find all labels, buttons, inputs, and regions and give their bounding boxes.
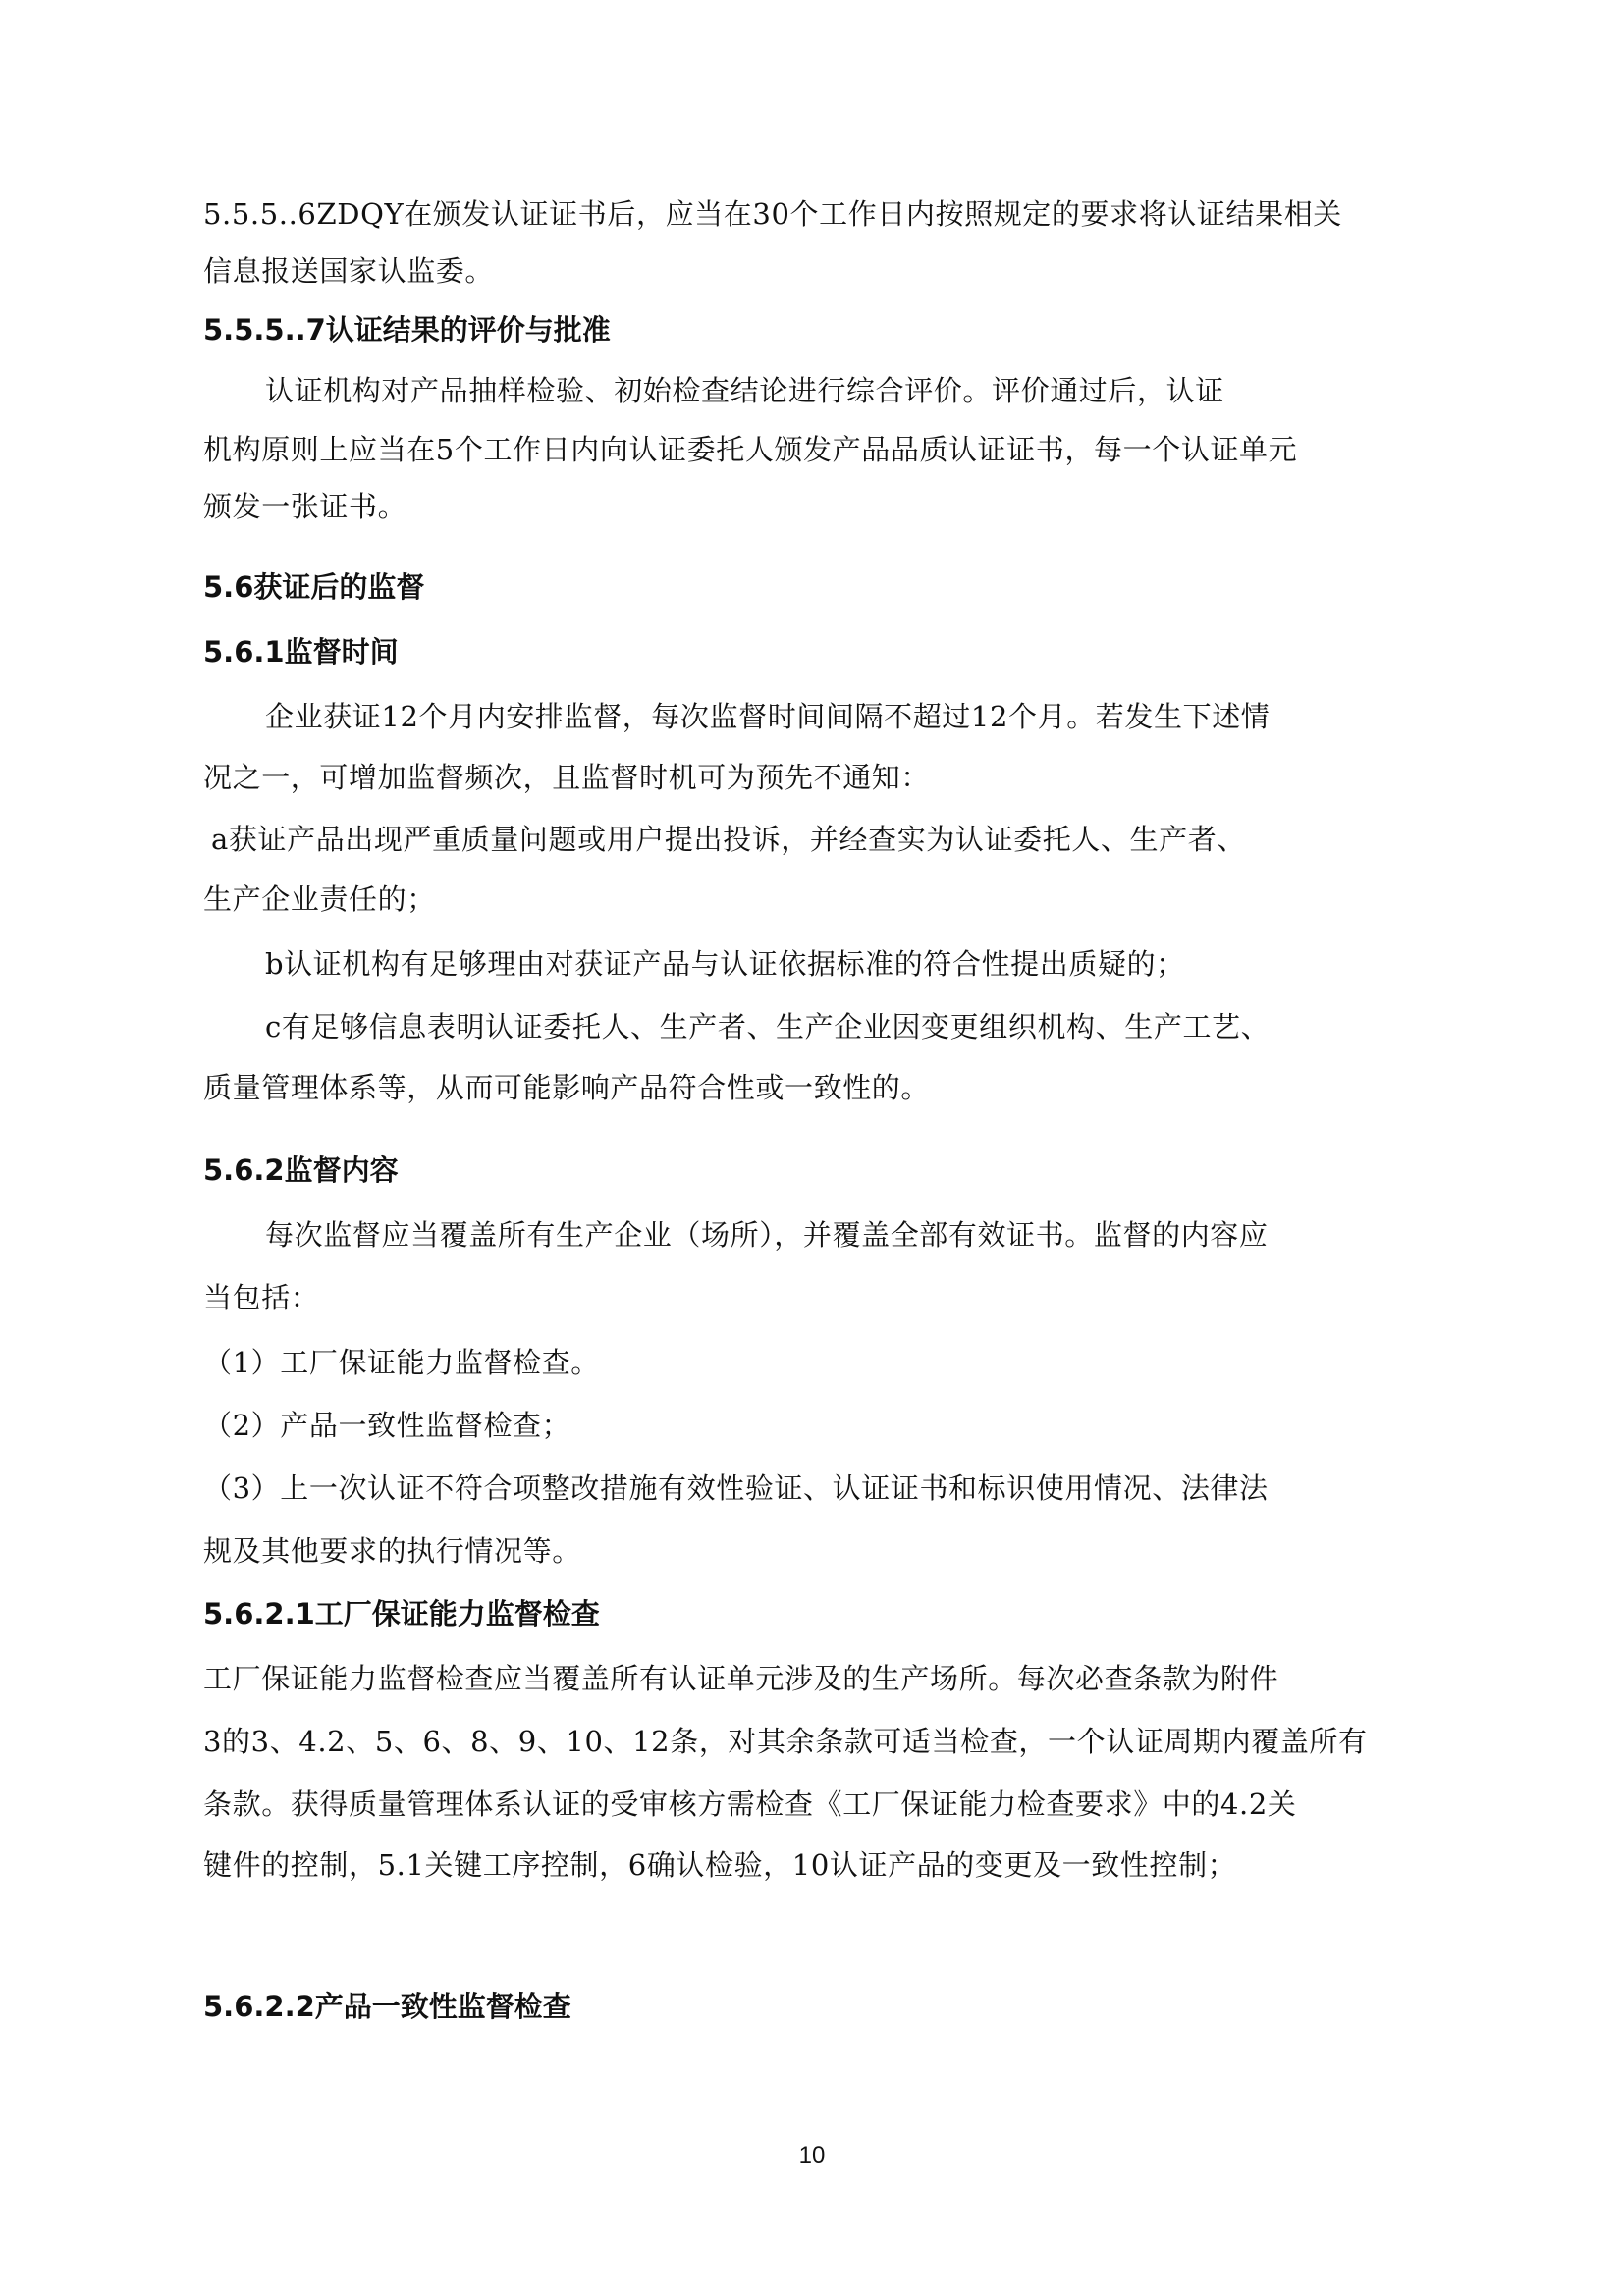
list-item-a: a获证产品出现严重质量问题或用户提出投诉，并经查实为认证委托人、生产者、 [211, 820, 1246, 859]
paragraph-line: 规及其他要求的执行情况等。 [203, 1531, 581, 1571]
section-heading-5-6-2-2: 5.6.2.2产品一致性监督检查 [203, 1987, 571, 2026]
list-item-2: （2）产品一致性监督检查； [203, 1406, 570, 1445]
document-page: 5.5.5..6ZDQY在颁发认证证书后，应当在30个工作日内按照规定的要求将认… [0, 0, 1624, 2296]
section-heading-5-6-2: 5.6.2监督内容 [203, 1150, 399, 1190]
page-number: 10 [0, 2140, 1624, 2171]
paragraph-line: 每次监督应当覆盖所有生产企业（场所），并覆盖全部有效证书。监督的内容应 [265, 1215, 1269, 1255]
list-item-c: c有足够信息表明认证委托人、生产者、生产企业因变更组织机构、生产工艺、 [265, 1007, 1270, 1046]
paragraph-line: 当包括： [203, 1278, 319, 1317]
paragraph-line: 5.5.5..6ZDQY在颁发认证证书后，应当在30个工作日内按照规定的要求将认… [203, 194, 1342, 234]
list-item-1: （1）工厂保证能力监督检查。 [203, 1343, 600, 1382]
section-heading-5-6-2-1: 5.6.2.1工厂保证能力监督检查 [203, 1594, 600, 1633]
paragraph-line: 3的3、4.2、5、6、8、9、10、12条，对其余条款可适当检查，一个认证周期… [203, 1722, 1368, 1761]
paragraph-line: 况之一，可增加监督频次，且监督时机可为预先不通知： [203, 758, 930, 797]
list-item-3: （3）上一次认证不符合项整改措施有效性验证、认证证书和标识使用情况、法律法 [203, 1468, 1269, 1508]
paragraph-line: 机构原则上应当在5个工作日内向认证委托人颁发产品品质认证证书，每一个认证单元 [203, 430, 1297, 469]
paragraph-line: 质量管理体系等，从而可能影响产品符合性或一致性的。 [203, 1068, 930, 1107]
paragraph-line: 键件的控制，5.1关键工序控制，6确认检验，10认证产品的变更及一致性控制； [203, 1845, 1236, 1885]
paragraph-line: 认证机构对产品抽样检验、初始检查结论进行综合评价。评价通过后，认证 [265, 371, 1224, 410]
paragraph-line: 条款。获得质量管理体系认证的受审核方需检查《工厂保证能力检查要求》中的4.2关 [203, 1785, 1297, 1824]
section-heading-5-6-1: 5.6.1监督时间 [203, 632, 399, 671]
paragraph-line: 企业获证12个月内安排监督，每次监督时间间隔不超过12个月。若发生下述情 [265, 697, 1270, 736]
paragraph-line: 颁发一张证书。 [203, 487, 406, 526]
paragraph-line: 生产企业责任的； [203, 880, 436, 919]
section-heading-5-5-5-7: 5.5.5..7认证结果的评价与批准 [203, 310, 611, 349]
paragraph-line: 工厂保证能力监督检查应当覆盖所有认证单元涉及的生产场所。每次必查条款为附件 [203, 1659, 1278, 1698]
list-item-b: b认证机构有足够理由对获证产品与认证依据标准的符合性提出质疑的； [265, 944, 1185, 984]
section-heading-5-6: 5.6获证后的监督 [203, 567, 424, 607]
paragraph-line: 信息报送国家认监委。 [203, 251, 494, 291]
